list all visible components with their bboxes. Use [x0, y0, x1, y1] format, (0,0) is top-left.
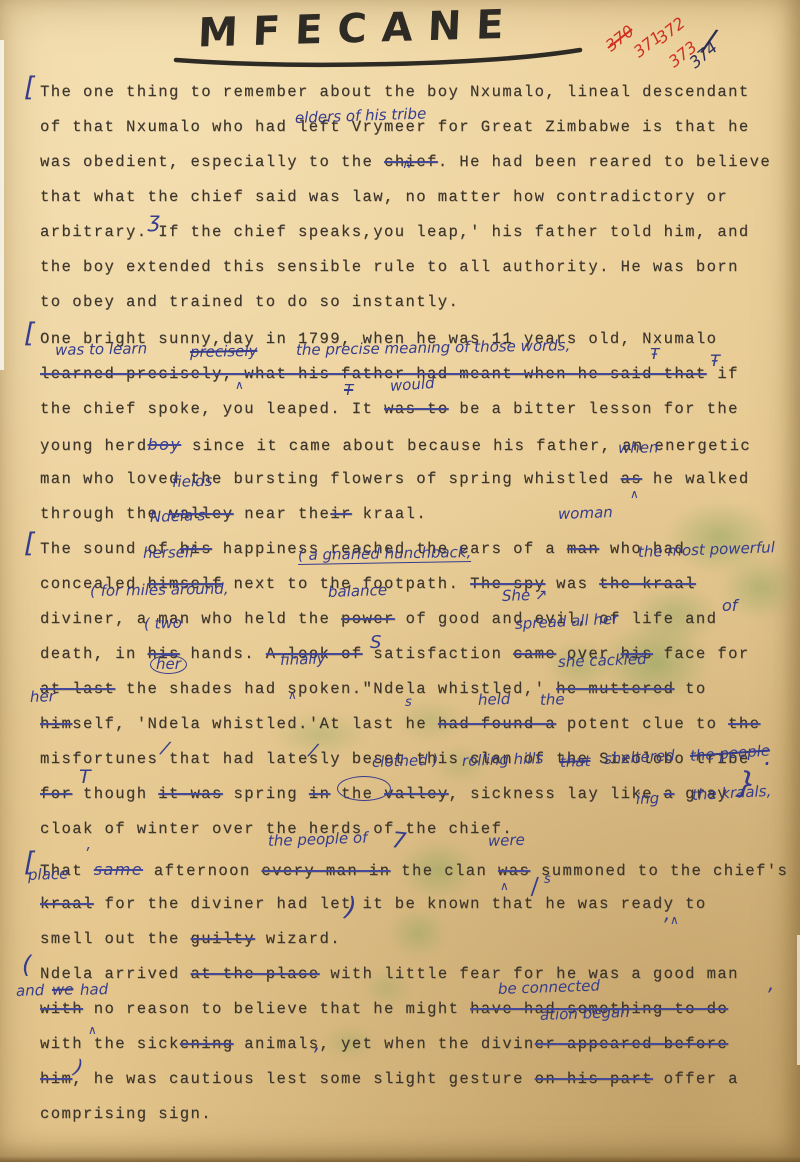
typed-line: young herdboy since it came about becaus…	[40, 427, 800, 462]
struck-out-text: with	[40, 1000, 83, 1018]
typed-text: was obedient, especially to the	[40, 153, 384, 171]
handwritten-annotation: would	[389, 376, 435, 394]
typed-text: was	[545, 575, 599, 593]
handwritten-annotation: the people of	[268, 831, 368, 849]
typed-text: since it came about because his father, …	[181, 437, 751, 455]
typed-text: spring	[223, 785, 309, 803]
handwritten-annotation: s	[405, 696, 412, 709]
struck-out-text: valley	[384, 785, 449, 803]
paragraph: The sound of his happiness reached the e…	[40, 532, 800, 847]
typed-text: animals, yet when the divin	[234, 1035, 535, 1053]
typed-text: The one thing to remember about the boy …	[40, 83, 750, 101]
struck-out-text: same	[94, 860, 143, 879]
handwritten-annotation: held	[478, 692, 511, 708]
handwritten-annotation: herself	[143, 545, 195, 561]
typed-text: summoned to the chief's	[530, 862, 788, 880]
typed-text: to	[674, 680, 706, 698]
handwritten-annotation: precisely	[190, 344, 258, 360]
typed-text: he walked	[642, 470, 750, 488]
handwritten-annotation: ∧	[500, 880, 509, 892]
handwritten-annotation: ∧	[88, 1024, 97, 1036]
handwritten-annotation: s	[544, 873, 551, 886]
typed-text: , he was cautious lest some slight gestu…	[72, 1070, 534, 1088]
typed-text: self, 'Ndela whistled.'At last he	[72, 715, 438, 733]
handwritten-annotation: be connected	[498, 978, 601, 997]
typed-text: for the diviner had let it be known that…	[94, 895, 707, 913]
handwritten-annotation: was to learn	[55, 341, 147, 358]
typed-line: himself, 'Ndela whistled.'At last he had…	[40, 707, 800, 742]
handwritten-annotation: [	[24, 320, 35, 347]
struck-out-text: boy	[148, 435, 182, 454]
manuscript-page-scan: MFECANE The one thing to remember about …	[0, 0, 800, 1162]
typed-line: the boy extended this sensible rule to a…	[40, 250, 800, 285]
struck-out-text: came	[513, 645, 556, 663]
typed-text: afternoon	[143, 862, 261, 880]
struck-out-text: ening	[180, 1035, 234, 1053]
struck-out-text: a	[664, 785, 675, 803]
typed-text: death, in	[40, 645, 148, 663]
title-underline	[168, 44, 588, 70]
handwritten-annotation: (	[22, 953, 31, 977]
handwritten-annotation: she cackled	[558, 652, 647, 670]
handwritten-annotation: ∧	[402, 158, 412, 171]
typed-line: the chief spoke, you leaped. It was to b…	[40, 392, 800, 427]
typed-line: with no reason to believe that he might …	[40, 992, 800, 1027]
struck-out-text: power	[341, 610, 395, 628]
typed-text: offer a	[653, 1070, 739, 1088]
typed-text: be a bitter lesson for the	[449, 400, 739, 418]
struck-out-text: as	[621, 470, 643, 488]
typed-line: kraal for the diviner had let it be know…	[40, 887, 800, 922]
handwritten-annotation: ( for miles around,	[90, 582, 229, 599]
handwritten-annotation: finally	[280, 651, 326, 668]
struck-out-text: learned precisely, what his father had m…	[40, 365, 707, 383]
struck-out-text: the	[728, 715, 760, 733]
handwritten-annotation: ing	[636, 791, 660, 807]
handwritten-annotation: ation began	[540, 1005, 630, 1023]
handwritten-annotation: the	[540, 692, 565, 708]
handwritten-annotation: [	[24, 74, 35, 101]
handwritten-annotation: T	[79, 768, 91, 787]
handwritten-annotation: Ŧ	[710, 353, 720, 369]
handwritten-annotation: that	[560, 754, 591, 770]
typed-text: hands.	[180, 645, 266, 663]
handwritten-annotation: her	[30, 689, 55, 705]
scan-edge-artifact	[0, 40, 4, 370]
typed-text: the boy extended this sensible rule to a…	[40, 258, 739, 276]
struck-out-text: er appeared before	[535, 1035, 729, 1053]
handwritten-annotation: Ŧ	[344, 383, 353, 398]
handwritten-annotation: we	[52, 982, 74, 998]
typed-line: Ndela arrived at the place with little f…	[40, 957, 800, 992]
struck-out-text: in	[309, 785, 331, 803]
handwritten-annotation: when	[618, 440, 659, 456]
handwritten-annotation: Ndela's	[150, 508, 206, 525]
typed-text: with the sick	[40, 1035, 180, 1053]
typed-line: That same afternoon every man in the cla…	[40, 852, 800, 887]
struck-out-text: had found a	[438, 715, 556, 733]
handwritten-annotation: the kraals,	[692, 784, 772, 803]
handwritten-annotation: ʒ	[148, 210, 160, 231]
handwritten-annotation: ʹ	[84, 847, 88, 863]
handwritten-annotation: S	[370, 634, 381, 652]
struck-out-text: him	[40, 715, 72, 733]
typed-text: the chief spoke, you leaped. It	[40, 400, 384, 418]
handwritten-annotation: were	[488, 833, 525, 849]
handwritten-annotation: elders of his tribe	[295, 106, 427, 126]
typed-text: face for	[653, 645, 750, 663]
typed-line: smell out the guilty wizard.	[40, 922, 800, 957]
typed-text: , sickness lay like	[449, 785, 664, 803]
typed-text: no reason to believe that he might	[83, 1000, 470, 1018]
handwritten-annotation: 7	[391, 830, 407, 853]
typed-line: man who loved the bursting flowers of sp…	[40, 462, 800, 497]
handwritten-annotation: ,	[314, 1033, 320, 1053]
struck-out-text: he muttered	[556, 680, 674, 698]
scan-edge-artifact	[0, 1156, 800, 1162]
typed-text: man who loved the bursting flowers of sp…	[40, 470, 621, 488]
struck-out-text: was	[498, 862, 530, 880]
typed-text: potent clue to	[556, 715, 728, 733]
handwritten-annotation: sheltered	[604, 748, 675, 767]
struck-out-text: it was	[158, 785, 223, 803]
typed-text: diviner, a man who held the	[40, 610, 341, 628]
typed-text: satisfaction	[363, 645, 514, 663]
handwritten-annotation: Ŧ	[650, 347, 659, 362]
struck-out-text: on his part	[535, 1070, 653, 1088]
typed-text: that what the chief said was law, no mat…	[40, 188, 728, 206]
handwritten-annotation: rolling hills	[462, 751, 544, 769]
struck-out-text: guilty	[191, 930, 256, 948]
handwritten-annotation: her	[150, 655, 187, 674]
handwritten-annotation: ∧	[235, 379, 244, 391]
struck-out-text: man	[567, 540, 599, 558]
handwritten-annotation: ∧	[288, 689, 297, 701]
handwritten-annotation: of	[722, 598, 737, 614]
typed-text: smell out the	[40, 930, 191, 948]
typed-text: kraal.	[352, 505, 427, 523]
typed-text: comprising sign.	[40, 1105, 212, 1123]
handwritten-annotation	[337, 776, 391, 801]
typed-line: to obey and trained to do so instantly.	[40, 285, 800, 320]
handwritten-annotation: had	[80, 982, 109, 998]
struck-out-text: him	[40, 1070, 72, 1088]
paragraph: That same afternoon every man in the cla…	[40, 852, 800, 957]
typed-line: comprising sign.	[40, 1097, 800, 1132]
handwritten-annotation: place	[28, 867, 69, 883]
handwritten-annotation: ∧	[630, 488, 639, 500]
handwritten-annotation: clothed )	[372, 753, 439, 770]
typed-line: with the sickening animals, yet when the…	[40, 1027, 800, 1062]
struck-out-text: for	[40, 785, 72, 803]
typed-text: . He had been reared to believe	[438, 153, 771, 171]
handwritten-annotation: ∧	[670, 914, 679, 926]
typed-line: at last the shades had spoken."Ndela whi…	[40, 672, 800, 707]
typed-text: to obey and trained to do so instantly.	[40, 293, 459, 311]
struck-out-text: ir	[330, 505, 352, 523]
typed-text: arbitrary. If the chief speaks,you leap,…	[40, 223, 750, 241]
handwritten-annotation: fields	[172, 474, 213, 490]
handwritten-annotation: She ↗	[502, 587, 548, 604]
typed-text: the clan	[390, 862, 498, 880]
struck-out-text: kraal	[40, 895, 94, 913]
paragraph: Ndela arrived at the place with little f…	[40, 957, 800, 1132]
handwritten-annotation: ( two	[144, 616, 182, 632]
struck-out-text: at the place	[191, 965, 320, 983]
typed-line: for though it was spring in the valley, …	[40, 777, 800, 812]
handwritten-annotation: [	[24, 530, 35, 557]
handwritten-annotation: ,	[768, 973, 774, 993]
handwritten-annotation: balance	[328, 583, 388, 600]
typed-line: him, he was cautious lest some slight ge…	[40, 1062, 800, 1097]
struck-out-text: every man in	[261, 862, 390, 880]
typed-line: was obedient, especially to the chief. H…	[40, 145, 800, 180]
handwritten-annotation: ( a gnarled hunchback,	[298, 545, 472, 565]
handwritten-annotation: and	[16, 983, 45, 999]
typed-text: near the	[234, 505, 331, 523]
struck-out-text: was to	[384, 400, 449, 418]
struck-out-text: the kraal	[599, 575, 696, 593]
typed-text: wizard.	[255, 930, 341, 948]
typed-text: young herd	[40, 437, 148, 455]
typed-line: cloak of winter over the herds of the ch…	[40, 812, 800, 847]
handwritten-annotation: woman	[558, 505, 613, 522]
